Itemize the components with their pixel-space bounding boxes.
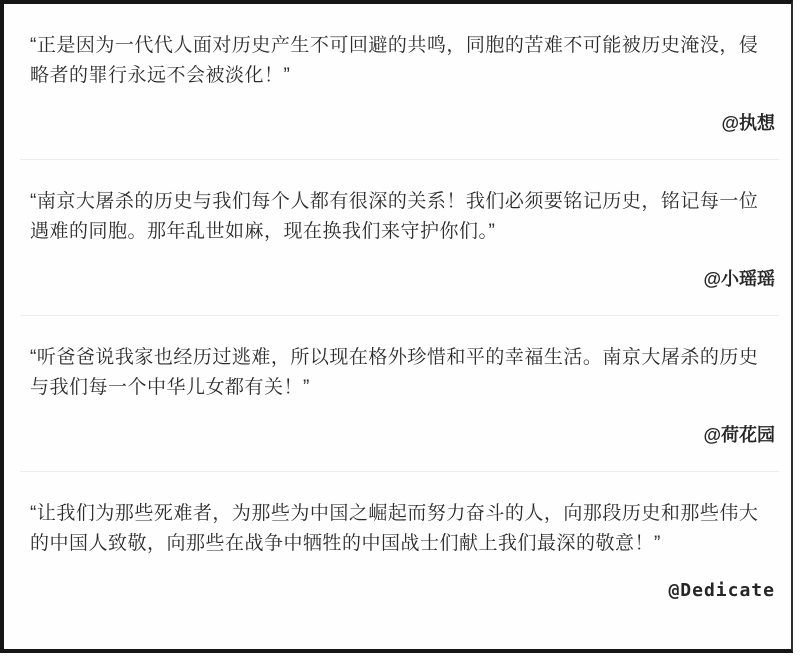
comment-block-4: “让我们为那些死难者，为那些为中国之崛起而努力奋斗的人，向那段历史和那些伟大的中…: [4, 499, 791, 601]
comment-quote: “听爸爸说我家也经历过逃难，所以现在格外珍惜和平的幸福生活。南京大屠杀的历史与我…: [30, 343, 765, 403]
comment-block-1: “正是因为一代代人面对历史产生不可回避的共鸣，同胞的苦难不可能被历史淹没，侵略者…: [4, 31, 791, 160]
section-divider: [20, 471, 779, 472]
section-divider: [20, 315, 779, 316]
comment-block-2: “南京大屠杀的历史与我们每个人都有很深的关系！我们必须要铭记历史，铭记每一位遇难…: [4, 187, 791, 316]
comment-author: @执想: [30, 113, 775, 133]
comments-page: “正是因为一代代人面对历史产生不可回避的共鸣，同胞的苦难不可能被历史淹没，侵略者…: [0, 0, 793, 653]
comment-quote: “正是因为一代代人面对历史产生不可回避的共鸣，同胞的苦难不可能被历史淹没，侵略者…: [30, 31, 765, 91]
section-divider: [20, 159, 779, 160]
comment-quote: “让我们为那些死难者，为那些为中国之崛起而努力奋斗的人，向那段历史和那些伟大的中…: [30, 499, 765, 559]
comment-block-3: “听爸爸说我家也经历过逃难，所以现在格外珍惜和平的幸福生活。南京大屠杀的历史与我…: [4, 343, 791, 472]
comment-author: @Dedicate: [30, 581, 775, 601]
comment-author: @小瑶瑶: [30, 269, 775, 289]
comment-author: @荷花园: [30, 425, 775, 445]
comment-quote: “南京大屠杀的历史与我们每个人都有很深的关系！我们必须要铭记历史，铭记每一位遇难…: [30, 187, 765, 247]
